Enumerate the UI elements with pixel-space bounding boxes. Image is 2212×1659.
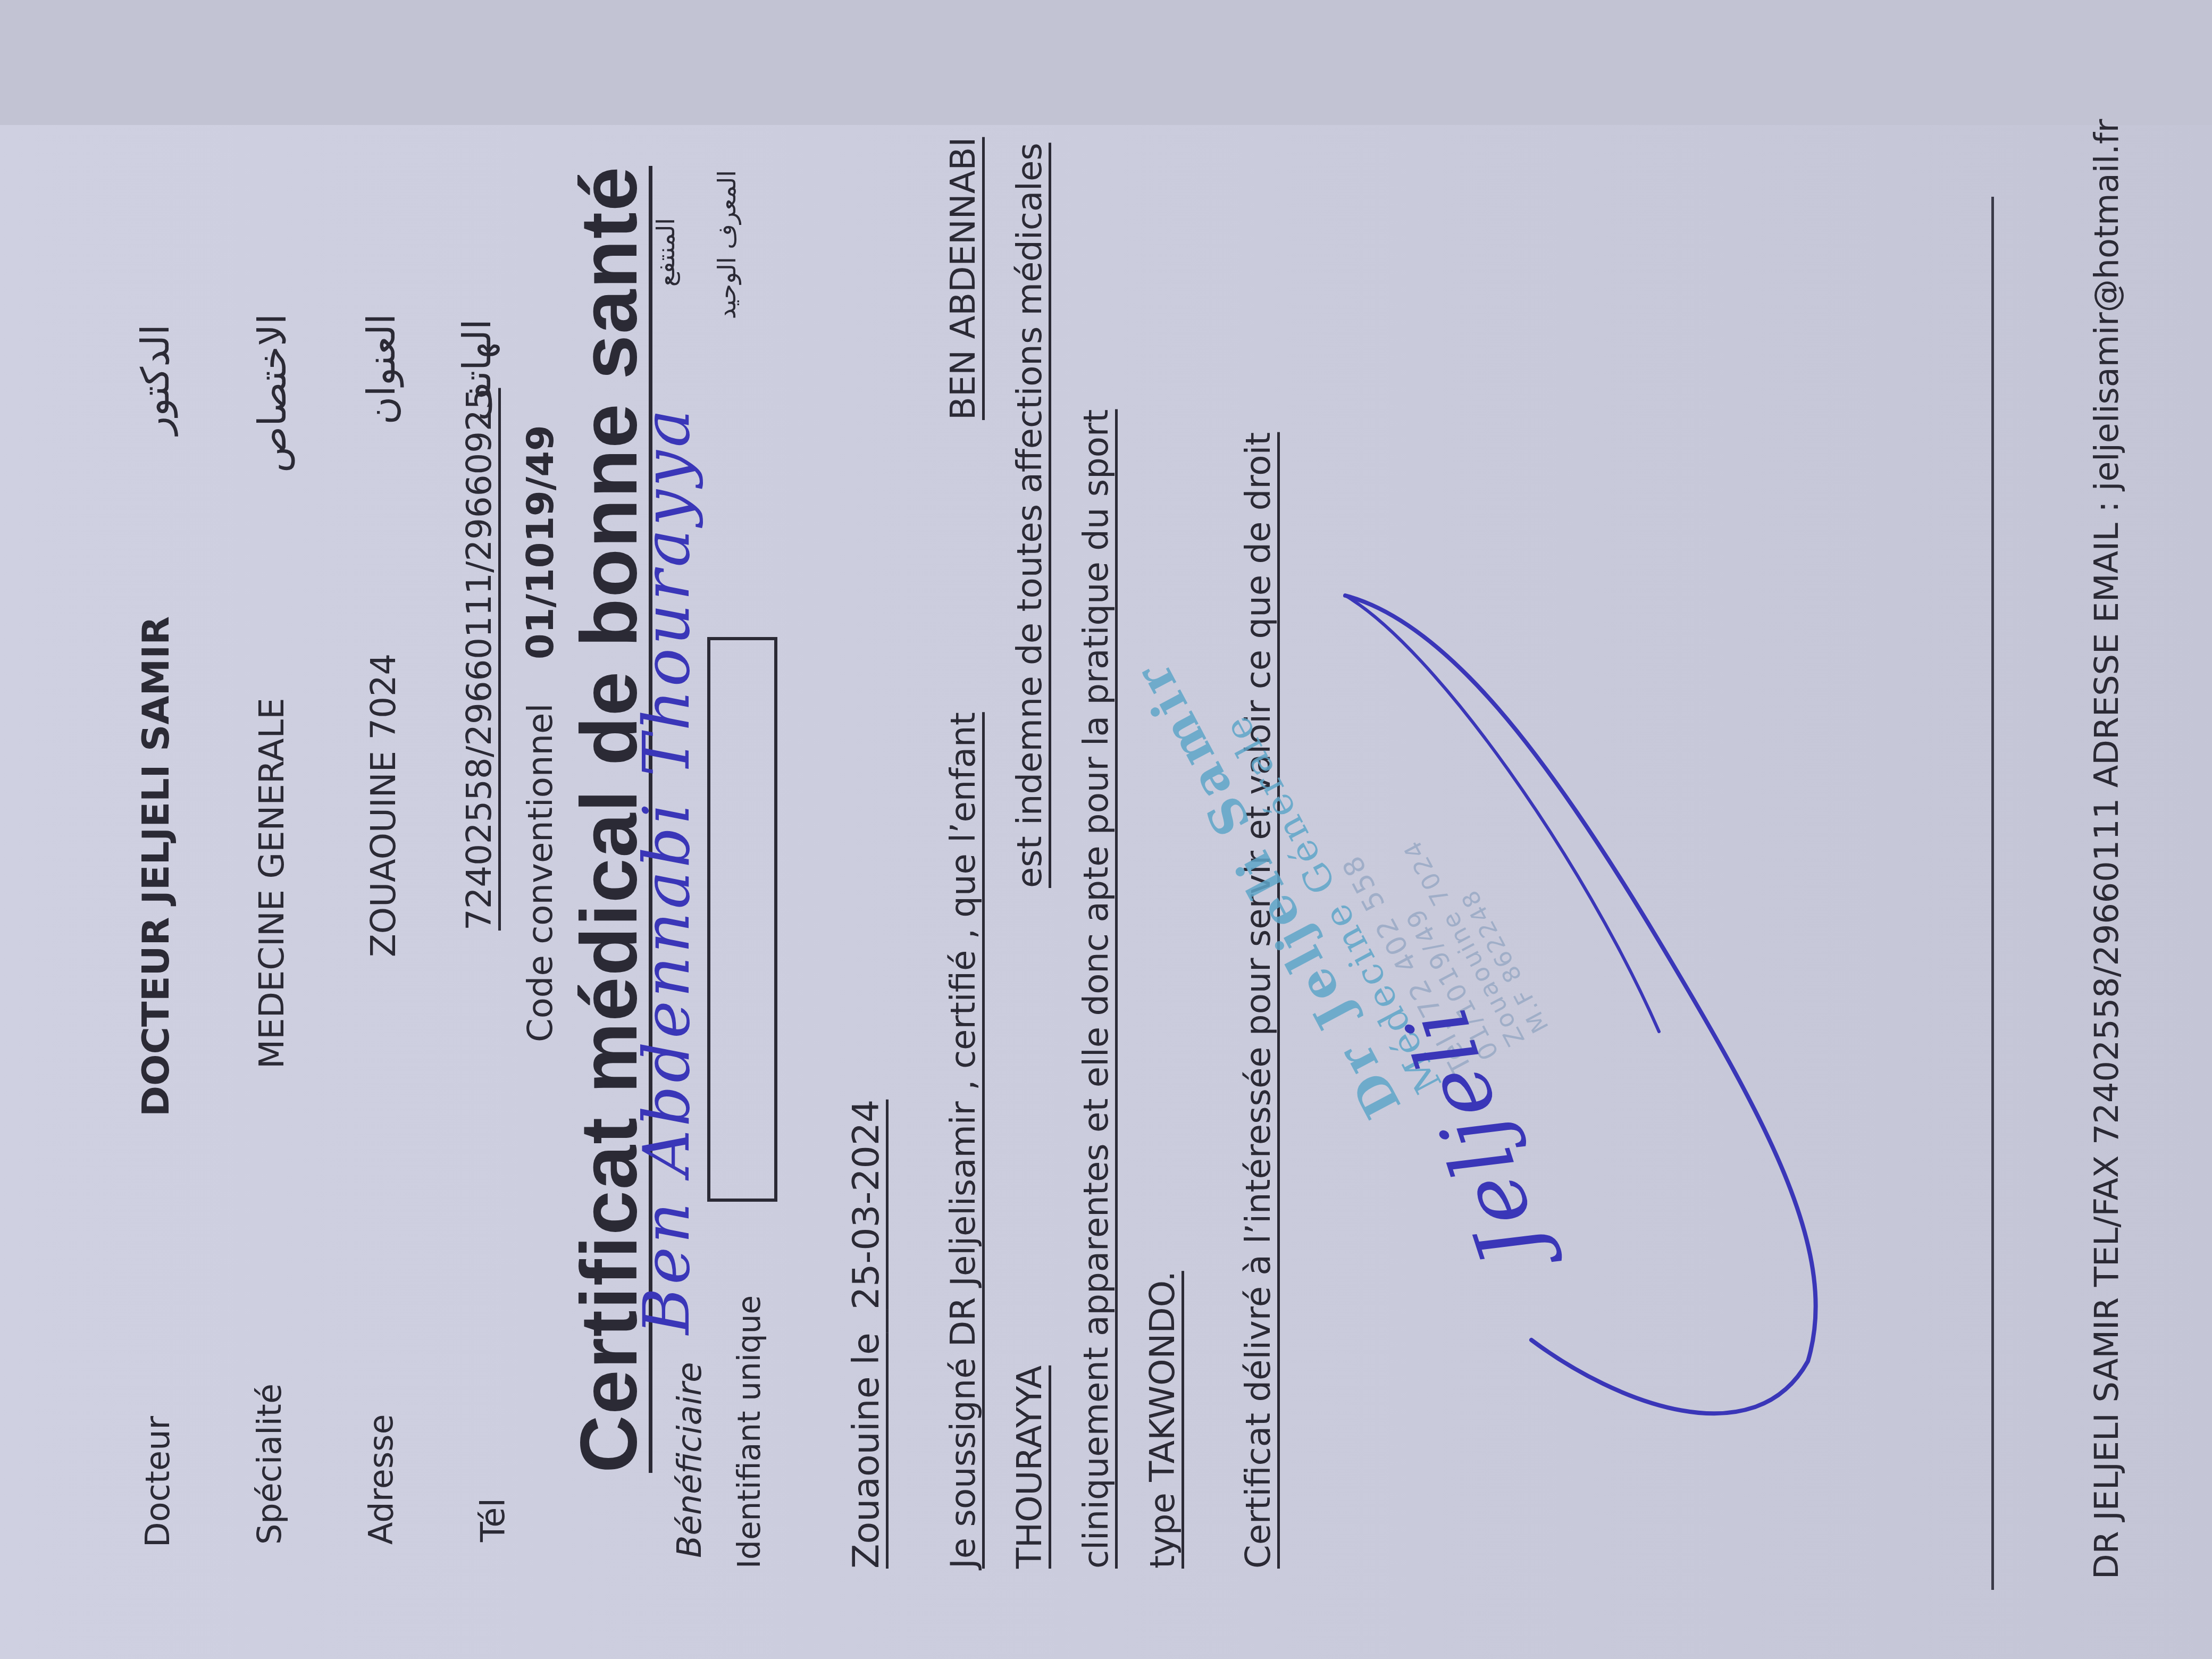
footer-divider [1991,197,1994,1590]
medical-certificate: Docteur DOCTEUR JELJELI SAMIR الدكتور Sp… [0,0,2212,1659]
footer-contact: DR JELJELI SAMIR TEL/FAX 72402558/296601… [2087,119,2126,1579]
signature-strokes [0,0,2212,1659]
